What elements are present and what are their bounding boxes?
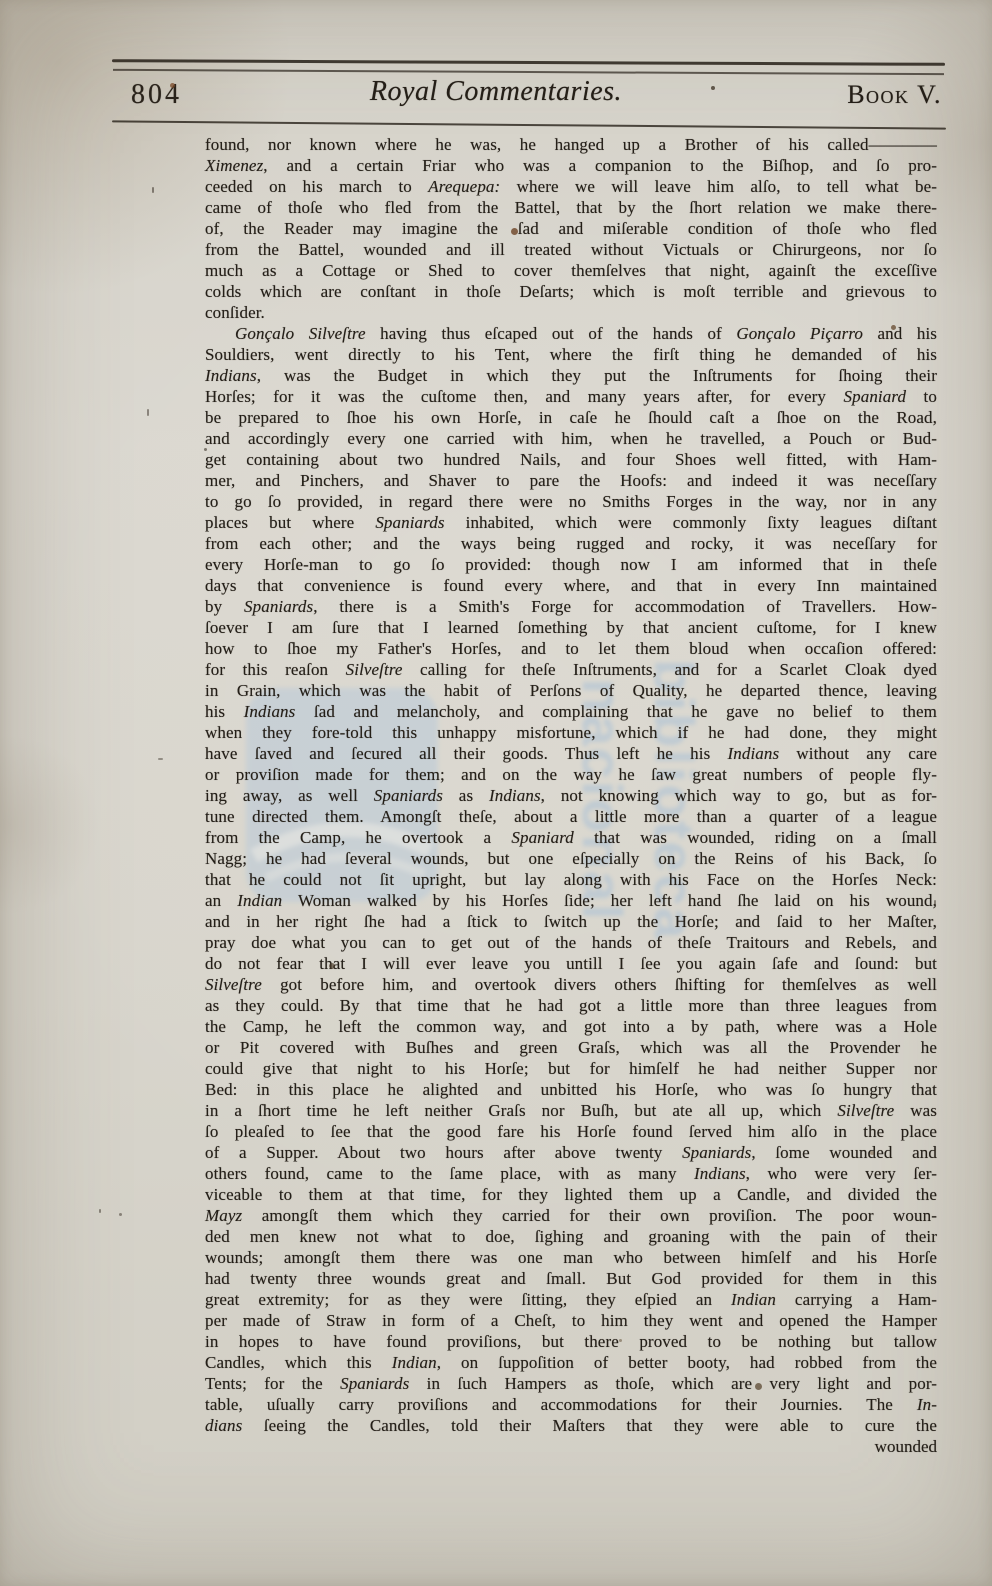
ink-speck — [891, 325, 896, 330]
italic-text-segment: Spaniards — [340, 1374, 409, 1393]
text-segment: how to ſhoe my Father's Horſes, and to l… — [205, 639, 937, 658]
text-segment: Woman walked by his Horſes ſide; her lef… — [282, 891, 937, 910]
text-line: mer, and Pinchers, and Shaver to pare th… — [205, 470, 937, 491]
text-segment: of, the Reader may imagine the ſad and m… — [205, 219, 937, 238]
text-segment: colds which are conſtant in thoſe Deſart… — [205, 282, 937, 301]
text-segment: of a Supper. About two hours after above… — [205, 1143, 682, 1162]
text-line: Tents; for the Spaniards in ſuch Hampers… — [205, 1373, 937, 1394]
text-segment: where we will leave him alſo, to tell wh… — [500, 177, 937, 196]
italic-text-segment: Indian — [731, 1290, 776, 1309]
text-segment: be prepared to ſhoe his own Horſe, in ca… — [205, 408, 937, 427]
text-segment: or proviſion made for them; and on the w… — [205, 765, 937, 784]
margin-mark — [158, 758, 163, 760]
italic-text-segment: Indian — [237, 891, 282, 910]
running-title: Royal Commentaries. — [0, 76, 992, 108]
text-segment: , not knowing which way to go, but as fo… — [541, 786, 937, 805]
text-segment: much as a Cottage or Shed to cover themſ… — [205, 261, 937, 280]
text-line: get containing about two hundred Nails, … — [205, 449, 937, 470]
text-segment: as they could. By that time that he had … — [205, 996, 937, 1015]
text-line: ſoever I am ſure that I learned ſomethin… — [205, 617, 937, 638]
text-line: had twenty three wounds great and ſmall.… — [205, 1268, 937, 1289]
text-line: Nagg; he had ſeveral wounds, but one eſp… — [205, 848, 937, 869]
book-label: Book V. — [847, 80, 942, 110]
text-segment: an — [205, 891, 237, 910]
text-line: colds which are conſtant in thoſe Deſart… — [205, 281, 937, 302]
text-segment: as — [443, 786, 489, 805]
text-line: tune directed them. Amongſt theſe, about… — [205, 806, 937, 827]
italic-text-segment: Spaniard — [511, 828, 574, 847]
text-line: or proviſion made for them; and on the w… — [205, 764, 937, 785]
text-line: Indians, was the Budget in which they pu… — [205, 365, 937, 386]
text-line: his Indians ſad and melancholy, and comp… — [205, 701, 937, 722]
text-segment: carrying a Ham- — [776, 1290, 937, 1309]
text-segment: that he could not ſit upright, but lay a… — [205, 870, 937, 889]
text-line: Souldiers, went directly to his Tent, wh… — [205, 344, 937, 365]
text-line: have ſaved and ſecured all their goods. … — [205, 743, 937, 764]
text-segment: and in her right ſhe had a ſtick to ſwit… — [205, 912, 937, 931]
text-line: from the Camp, he overtook a Spaniard th… — [205, 827, 937, 848]
text-line: ded men knew not what to doe, ſighing an… — [205, 1226, 937, 1247]
text-segment: or Pit covered with Buſhes and green Gra… — [205, 1038, 937, 1057]
italic-text-segment: Arequepa: — [428, 177, 500, 196]
text-line: ing away, as well Spaniards as Indians, … — [205, 785, 937, 806]
italic-text-segment: Mayz — [205, 1206, 242, 1225]
text-segment: could give that night to his Horſe; but … — [205, 1059, 937, 1078]
text-segment: for this reaſon — [205, 660, 346, 679]
ink-speck — [329, 963, 335, 969]
text-segment: ſo pleaſed to ſee that the good fare his… — [205, 1122, 937, 1141]
italic-text-segment: Gonçalo Piçarro — [736, 324, 863, 343]
text-line: in Grain, which was the habit of Perſons… — [205, 680, 937, 701]
italic-text-segment: Silveſtre — [837, 1101, 894, 1120]
text-segment: ing away, as well — [205, 786, 374, 805]
italic-text-segment: Indians — [489, 786, 541, 805]
text-segment: got before him, and overtook divers othe… — [262, 975, 937, 994]
italic-text-segment: Spaniards — [244, 597, 313, 616]
text-line: do not fear that I will ever leave you u… — [205, 953, 937, 974]
text-segment: have ſaved and ſecured all their goods. … — [205, 744, 728, 763]
text-line: Bed: in this place he alighted and unbit… — [205, 1079, 937, 1100]
text-line: the Camp, he left the common way, and go… — [205, 1016, 937, 1037]
text-line: per made of Straw in form of a Cheſt, to… — [205, 1310, 937, 1331]
text-segment: , on ſuppoſition of better booty, had ro… — [437, 1353, 937, 1372]
text-line: places but where Spaniards inhabited, wh… — [205, 512, 937, 533]
text-segment: places but where — [205, 513, 375, 532]
text-line: by Spaniards, there is a Smith's Forge f… — [205, 596, 937, 617]
text-segment: ſad and melancholy, and complaining that… — [295, 702, 937, 721]
text-line: how to ſhoe my Father's Horſes, and to l… — [205, 638, 937, 659]
text-line: Candles, which this Indian, on ſuppoſiti… — [205, 1352, 937, 1373]
text-line: others found, came to the ſame place, wi… — [205, 1163, 937, 1184]
text-segment: having thus eſcaped out of the hands of — [366, 324, 737, 343]
italic-text-segment: Indians — [694, 1164, 746, 1183]
text-segment: others found, came to the ſame place, wi… — [205, 1164, 694, 1183]
italic-text-segment: Gonçalo Silveſtre — [235, 324, 366, 343]
text-segment: in a ſhort time he left neither Graſs no… — [205, 1101, 837, 1120]
text-segment: inhabited, which were commonly ſixty lea… — [445, 513, 937, 532]
text-segment: days that convenience is found every whe… — [205, 576, 937, 595]
header-rule-top-thin — [113, 69, 944, 75]
text-line: as they could. By that time that he had … — [205, 995, 937, 1016]
text-line: or Pit covered with Buſhes and green Gra… — [205, 1037, 937, 1058]
text-segment: when they fore-told this unhappy misfort… — [205, 723, 937, 742]
text-segment: from the Camp, he overtook a — [205, 828, 511, 847]
text-line: Silveſtre got before him, and overtook d… — [205, 974, 937, 995]
text-line: table, uſually carry proviſions and acco… — [205, 1394, 937, 1415]
italic-text-segment: In- — [917, 1395, 937, 1414]
text-line: that he could not ſit upright, but lay a… — [205, 869, 937, 890]
text-line: ſo pleaſed to ſee that the good fare his… — [205, 1121, 937, 1142]
text-line: Ximenez, and a certain Friar who was a c… — [205, 155, 937, 176]
text-line: could give that night to his Horſe; but … — [205, 1058, 937, 1079]
text-segment: every Horſe-man to go ſo provided: thoug… — [205, 555, 937, 574]
text-line: to go ſo provided, in regard there were … — [205, 491, 937, 512]
text-segment: per made of Straw in form of a Cheſt, to… — [205, 1311, 937, 1330]
text-line: conſider. — [205, 302, 937, 323]
text-line: of, the Reader may imagine the ſad and m… — [205, 218, 937, 239]
text-segment: in Grain, which was the habit of Perſons… — [205, 681, 937, 700]
book-page-scan: biblioteca nacional 804 Royal Commentari… — [0, 0, 992, 1586]
text-segment: ſeeing the Candles, told their Maſters t… — [242, 1416, 937, 1435]
text-line: and accordingly every one carried with h… — [205, 428, 937, 449]
text-segment: from the Battel, wounded and ill treated… — [205, 240, 937, 259]
italic-text-segment: Indians — [244, 702, 296, 721]
ink-speck — [755, 1383, 762, 1390]
text-segment: get containing about two hundred Nails, … — [205, 450, 937, 469]
text-line: Gonçalo Silveſtre having thus eſcaped ou… — [205, 323, 937, 344]
text-segment: ſoever I am ſure that I learned ſomethin… — [205, 618, 937, 637]
text-segment: calling for theſe Inſtruments, and for a… — [403, 660, 937, 679]
text-line: dians ſeeing the Candles, told their Maſ… — [205, 1415, 937, 1436]
text-segment: had twenty three wounds great and ſmall.… — [205, 1269, 937, 1288]
text-line: when they fore-told this unhappy misfort… — [205, 722, 937, 743]
italic-text-segment: Spaniards — [374, 786, 443, 805]
text-segment: came of thoſe who fled from the Battel, … — [205, 198, 937, 217]
ink-speck — [870, 1151, 874, 1155]
italic-text-segment: Ximenez — [205, 156, 263, 175]
text-segment: , and a certain Friar who was a companio… — [263, 156, 937, 175]
ink-speck — [619, 1339, 622, 1342]
text-line: days that convenience is found every whe… — [205, 575, 937, 596]
text-segment: , ſome wounded and — [751, 1143, 937, 1162]
text-segment: do not fear that I will ever leave you u… — [205, 954, 937, 973]
text-segment: by — [205, 597, 244, 616]
text-segment: Bed: in this place he alighted and unbit… — [205, 1080, 937, 1099]
header-rule-bottom — [112, 120, 946, 129]
text-segment: Nagg; he had ſeveral wounds, but one eſp… — [205, 849, 937, 868]
text-line: wounds; amongſt them there was one man w… — [205, 1247, 937, 1268]
italic-text-segment: Silveſtre — [205, 975, 262, 994]
text-segment: to go ſo provided, in regard there were … — [205, 492, 937, 511]
text-line: Horſes; for it was the cuſtome then, and… — [205, 386, 937, 407]
text-line: much as a Cottage or Shed to cover themſ… — [205, 260, 937, 281]
text-line: Mayz amongſt them which they carried for… — [205, 1205, 937, 1226]
text-segment: found, nor known where he was, he hanged… — [205, 135, 937, 154]
text-segment: pray doe what you can to get out of the … — [205, 933, 937, 952]
text-segment: Horſes; for it was the cuſtome then, and… — [205, 387, 844, 406]
text-line: came of thoſe who fled from the Battel, … — [205, 197, 937, 218]
text-line: found, nor known where he was, he hanged… — [205, 134, 937, 155]
text-segment: , there is a Smith's Forge for accommoda… — [313, 597, 937, 616]
text-block: found, nor known where he was, he hanged… — [205, 134, 937, 1436]
text-line: for this reaſon Silveſtre calling for th… — [205, 659, 937, 680]
italic-text-segment: Indian — [392, 1353, 437, 1372]
italic-text-segment: Indians — [728, 744, 780, 763]
text-segment: the Camp, he left the common way, and go… — [205, 1017, 937, 1036]
text-line: from each other; and the ways being rugg… — [205, 533, 937, 554]
text-segment: his — [205, 702, 244, 721]
italic-text-segment: dians — [205, 1416, 242, 1435]
margin-mark — [147, 409, 149, 416]
text-segment: and accordingly every one carried with h… — [205, 429, 937, 448]
text-segment: from each other; and the ways being rugg… — [205, 534, 937, 553]
italic-text-segment: Spaniard — [844, 387, 907, 406]
italic-text-segment: Spaniards — [375, 513, 444, 532]
text-segment: in ſuch Hampers as thoſe, which are very… — [409, 1374, 937, 1393]
text-segment: great extremity; for as they were ſittin… — [205, 1290, 731, 1309]
italic-text-segment: Silveſtre — [346, 660, 403, 679]
margin-mark — [119, 1213, 122, 1216]
italic-text-segment: Spaniards — [682, 1143, 751, 1162]
text-segment: Souldiers, went directly to his Tent, wh… — [205, 345, 937, 364]
text-line: ceeded on his march to Arequepa: where w… — [205, 176, 937, 197]
text-line: viceable to them at that time, for they … — [205, 1184, 937, 1205]
text-segment: in hopes to have found proviſions, but t… — [205, 1332, 937, 1351]
text-segment: ceeded on his march to — [205, 177, 428, 196]
margin-mark — [99, 1209, 101, 1213]
text-line: in hopes to have found proviſions, but t… — [205, 1331, 937, 1352]
text-segment: wounds; amongſt them there was one man w… — [205, 1248, 937, 1267]
text-segment: ded men knew not what to doe, ſighing an… — [205, 1227, 937, 1246]
text-segment: without any care — [779, 744, 937, 763]
text-segment: to — [906, 387, 937, 406]
catchword: wounded — [205, 1437, 937, 1457]
text-line: from the Battel, wounded and ill treated… — [205, 239, 937, 260]
text-line: an Indian Woman walked by his Horſes ſid… — [205, 890, 937, 911]
text-segment: was — [894, 1101, 937, 1120]
text-segment: table, uſually carry proviſions and acco… — [205, 1395, 917, 1414]
text-line: every Horſe-man to go ſo provided: thoug… — [205, 554, 937, 575]
text-segment: conſider. — [205, 303, 265, 322]
text-segment: viceable to them at that time, for they … — [205, 1185, 937, 1204]
text-segment: tune directed them. Amongſt theſe, about… — [205, 807, 937, 826]
ink-speck — [711, 86, 715, 90]
text-segment: , was the Budget in which they put the I… — [257, 366, 937, 385]
text-line: and in her right ſhe had a ſtick to ſwit… — [205, 911, 937, 932]
text-segment: mer, and Pinchers, and Shaver to pare th… — [205, 471, 937, 490]
text-line: of a Supper. About two hours after above… — [205, 1142, 937, 1163]
text-segment: , who were very ſer- — [746, 1164, 937, 1183]
margin-mark — [152, 187, 154, 193]
text-segment: and his — [863, 324, 937, 343]
italic-text-segment: Indians — [205, 366, 257, 385]
text-segment: Candles, which this — [205, 1353, 392, 1372]
ink-speck — [170, 83, 175, 88]
text-segment: that was wounded, riding on a ſmall — [574, 828, 937, 847]
text-line: be prepared to ſhoe his own Horſe, in ca… — [205, 407, 937, 428]
margin-mark — [934, 900, 936, 906]
header-rule-top-thick — [112, 59, 945, 66]
ink-speck — [204, 448, 207, 451]
text-line: great extremity; for as they were ſittin… — [205, 1289, 937, 1310]
text-segment: Tents; for the — [205, 1374, 340, 1393]
ink-speck — [511, 228, 518, 235]
text-segment: amongſt them which they carried for thei… — [242, 1206, 937, 1225]
text-line: pray doe what you can to get out of the … — [205, 932, 937, 953]
text-line: in a ſhort time he left neither Graſs no… — [205, 1100, 937, 1121]
